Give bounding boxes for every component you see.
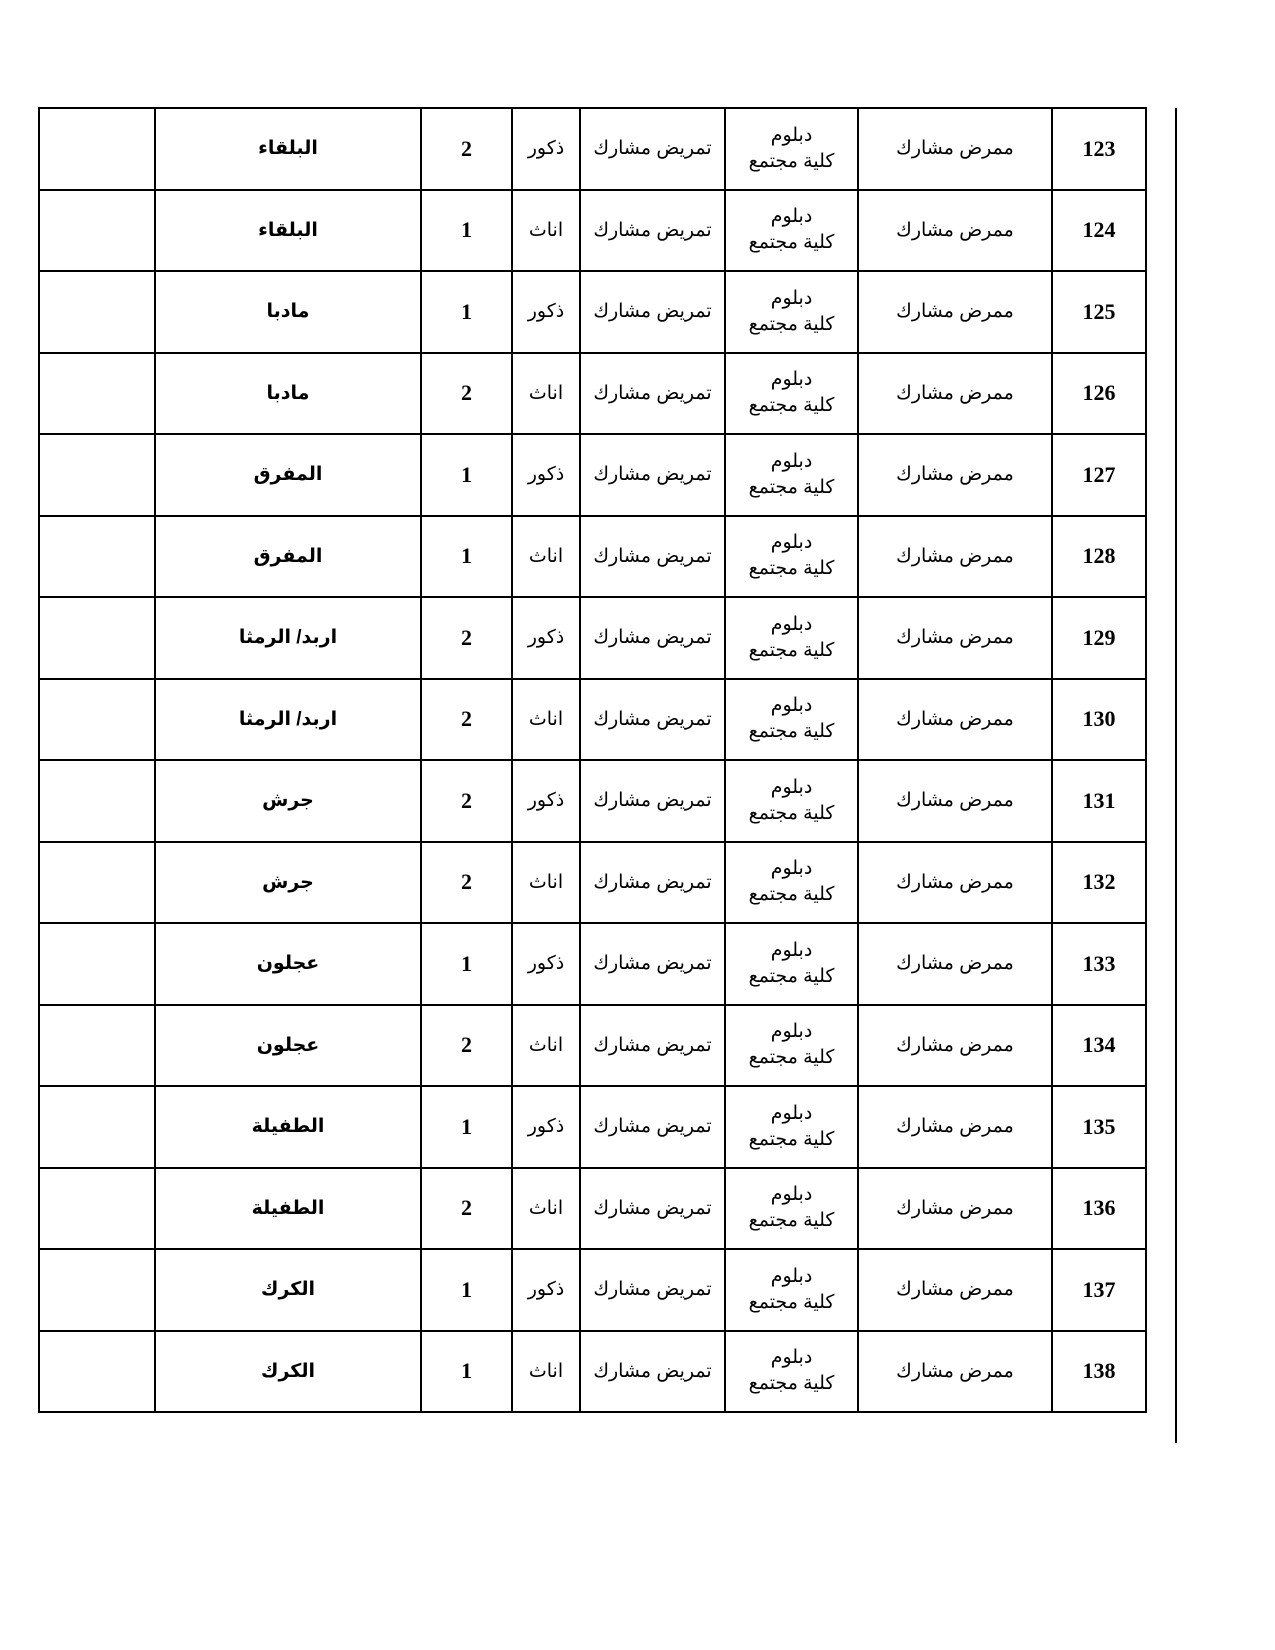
table-row: اربد/ الرمثا 2 اناث تمريض مشارك دبلوم كل… — [39, 679, 1146, 761]
qualification-cell: دبلوم كلية مجتمع — [725, 190, 858, 272]
job-title-cell: ممرض مشارك — [858, 923, 1052, 1005]
specialization-cell: تمريض مشارك — [580, 1249, 725, 1331]
job-title-cell: ممرض مشارك — [858, 271, 1052, 353]
qualification-cell: دبلوم كلية مجتمع — [725, 516, 858, 598]
region-cell: جرش — [155, 760, 421, 842]
gender-cell: ذكور — [512, 597, 580, 679]
gender-cell: اناث — [512, 679, 580, 761]
page-margin-rule — [1175, 108, 1177, 1443]
qualification-degree: دبلوم — [726, 856, 857, 882]
notes-cell — [39, 1168, 155, 1250]
serial-number-cell: 133 — [1052, 923, 1146, 1005]
specialization-cell: تمريض مشارك — [580, 108, 725, 190]
region-cell: الطفيلة — [155, 1168, 421, 1250]
qualification-degree: دبلوم — [726, 775, 857, 801]
count-cell: 2 — [421, 1168, 512, 1250]
job-title-cell: ممرض مشارك — [858, 760, 1052, 842]
qualification-cell: دبلوم كلية مجتمع — [725, 434, 858, 516]
job-title-cell: ممرض مشارك — [858, 190, 1052, 272]
serial-number-cell: 130 — [1052, 679, 1146, 761]
qualification-cell: دبلوم كلية مجتمع — [725, 1005, 858, 1087]
table-row: مادبا 1 ذكور تمريض مشارك دبلوم كلية مجتم… — [39, 271, 1146, 353]
serial-number-cell: 123 — [1052, 108, 1146, 190]
serial-number-cell: 132 — [1052, 842, 1146, 924]
count-cell: 1 — [421, 1086, 512, 1168]
count-cell: 2 — [421, 760, 512, 842]
table-row: الطفيلة 2 اناث تمريض مشارك دبلوم كلية مج… — [39, 1168, 1146, 1250]
qualification-degree: دبلوم — [726, 1345, 857, 1371]
job-title-cell: ممرض مشارك — [858, 516, 1052, 598]
notes-cell — [39, 1331, 155, 1413]
count-cell: 1 — [421, 1249, 512, 1331]
qualification-institution: كلية مجتمع — [726, 393, 857, 419]
gender-cell: اناث — [512, 190, 580, 272]
specialization-cell: تمريض مشارك — [580, 1168, 725, 1250]
job-title-cell: ممرض مشارك — [858, 842, 1052, 924]
qualification-institution: كلية مجتمع — [726, 964, 857, 990]
qualification-institution: كلية مجتمع — [726, 230, 857, 256]
table-row: جرش 2 اناث تمريض مشارك دبلوم كلية مجتمع … — [39, 842, 1146, 924]
qualification-cell: دبلوم كلية مجتمع — [725, 842, 858, 924]
qualification-degree: دبلوم — [726, 367, 857, 393]
notes-cell — [39, 679, 155, 761]
specialization-cell: تمريض مشارك — [580, 1005, 725, 1087]
serial-number-cell: 131 — [1052, 760, 1146, 842]
gender-cell: اناث — [512, 842, 580, 924]
qualification-institution: كلية مجتمع — [726, 1208, 857, 1234]
qualification-institution: كلية مجتمع — [726, 149, 857, 175]
qualification-cell: دبلوم كلية مجتمع — [725, 923, 858, 1005]
qualification-degree: دبلوم — [726, 1264, 857, 1290]
qualification-institution: كلية مجتمع — [726, 719, 857, 745]
region-cell: المفرق — [155, 434, 421, 516]
region-cell: الكرك — [155, 1331, 421, 1413]
region-cell: الكرك — [155, 1249, 421, 1331]
serial-number-cell: 129 — [1052, 597, 1146, 679]
count-cell: 2 — [421, 842, 512, 924]
job-title-cell: ممرض مشارك — [858, 108, 1052, 190]
notes-cell — [39, 842, 155, 924]
specialization-cell: تمريض مشارك — [580, 923, 725, 1005]
serial-number-cell: 134 — [1052, 1005, 1146, 1087]
qualification-cell: دبلوم كلية مجتمع — [725, 597, 858, 679]
qualification-cell: دبلوم كلية مجتمع — [725, 679, 858, 761]
notes-cell — [39, 1249, 155, 1331]
specialization-cell: تمريض مشارك — [580, 271, 725, 353]
qualification-cell: دبلوم كلية مجتمع — [725, 353, 858, 435]
gender-cell: اناث — [512, 516, 580, 598]
qualification-degree: دبلوم — [726, 123, 857, 149]
table-row: الطفيلة 1 ذكور تمريض مشارك دبلوم كلية مج… — [39, 1086, 1146, 1168]
count-cell: 2 — [421, 108, 512, 190]
gender-cell: اناث — [512, 1168, 580, 1250]
job-title-cell: ممرض مشارك — [858, 434, 1052, 516]
job-title-cell: ممرض مشارك — [858, 597, 1052, 679]
notes-cell — [39, 923, 155, 1005]
count-cell: 1 — [421, 516, 512, 598]
specialization-cell: تمريض مشارك — [580, 679, 725, 761]
count-cell: 1 — [421, 271, 512, 353]
notes-cell — [39, 108, 155, 190]
table-row: اربد/ الرمثا 2 ذكور تمريض مشارك دبلوم كل… — [39, 597, 1146, 679]
qualification-degree: دبلوم — [726, 612, 857, 638]
specialization-cell: تمريض مشارك — [580, 353, 725, 435]
qualification-degree: دبلوم — [726, 1101, 857, 1127]
qualification-degree: دبلوم — [726, 530, 857, 556]
gender-cell: اناث — [512, 1005, 580, 1087]
qualification-degree: دبلوم — [726, 204, 857, 230]
serial-number-cell: 125 — [1052, 271, 1146, 353]
count-cell: 2 — [421, 679, 512, 761]
table-row: عجلون 1 ذكور تمريض مشارك دبلوم كلية مجتم… — [39, 923, 1146, 1005]
serial-number-cell: 138 — [1052, 1331, 1146, 1413]
qualification-cell: دبلوم كلية مجتمع — [725, 1086, 858, 1168]
qualification-cell: دبلوم كلية مجتمع — [725, 760, 858, 842]
region-cell: عجلون — [155, 1005, 421, 1087]
job-title-cell: ممرض مشارك — [858, 1005, 1052, 1087]
notes-cell — [39, 516, 155, 598]
gender-cell: ذكور — [512, 271, 580, 353]
qualification-institution: كلية مجتمع — [726, 1371, 857, 1397]
qualification-degree: دبلوم — [726, 1182, 857, 1208]
qualification-institution: كلية مجتمع — [726, 1045, 857, 1071]
count-cell: 2 — [421, 353, 512, 435]
notes-cell — [39, 353, 155, 435]
serial-number-cell: 126 — [1052, 353, 1146, 435]
specialization-cell: تمريض مشارك — [580, 1086, 725, 1168]
serial-number-cell: 137 — [1052, 1249, 1146, 1331]
region-cell: البلقاء — [155, 108, 421, 190]
qualification-institution: كلية مجتمع — [726, 556, 857, 582]
qualification-institution: كلية مجتمع — [726, 882, 857, 908]
table-row: عجلون 2 اناث تمريض مشارك دبلوم كلية مجتم… — [39, 1005, 1146, 1087]
table-row: مادبا 2 اناث تمريض مشارك دبلوم كلية مجتم… — [39, 353, 1146, 435]
region-cell: جرش — [155, 842, 421, 924]
specialization-cell: تمريض مشارك — [580, 760, 725, 842]
specialization-cell: تمريض مشارك — [580, 190, 725, 272]
notes-cell — [39, 760, 155, 842]
qualification-cell: دبلوم كلية مجتمع — [725, 271, 858, 353]
gender-cell: ذكور — [512, 434, 580, 516]
specialization-cell: تمريض مشارك — [580, 597, 725, 679]
qualification-cell: دبلوم كلية مجتمع — [725, 1168, 858, 1250]
qualification-institution: كلية مجتمع — [726, 638, 857, 664]
table-body: البلقاء 2 ذكور تمريض مشارك دبلوم كلية مج… — [39, 108, 1146, 1412]
table-row: البلقاء 2 ذكور تمريض مشارك دبلوم كلية مج… — [39, 108, 1146, 190]
qualification-cell: دبلوم كلية مجتمع — [725, 108, 858, 190]
serial-number-cell: 136 — [1052, 1168, 1146, 1250]
serial-number-cell: 124 — [1052, 190, 1146, 272]
notes-cell — [39, 434, 155, 516]
notes-cell — [39, 1086, 155, 1168]
gender-cell: ذكور — [512, 108, 580, 190]
specialization-cell: تمريض مشارك — [580, 842, 725, 924]
table-row: الكرك 1 اناث تمريض مشارك دبلوم كلية مجتم… — [39, 1331, 1146, 1413]
gender-cell: ذكور — [512, 760, 580, 842]
table-row: الكرك 1 ذكور تمريض مشارك دبلوم كلية مجتم… — [39, 1249, 1146, 1331]
count-cell: 2 — [421, 1005, 512, 1087]
table-row: المفرق 1 اناث تمريض مشارك دبلوم كلية مجت… — [39, 516, 1146, 598]
table-row: البلقاء 1 اناث تمريض مشارك دبلوم كلية مج… — [39, 190, 1146, 272]
notes-cell — [39, 1005, 155, 1087]
region-cell: عجلون — [155, 923, 421, 1005]
qualification-degree: دبلوم — [726, 938, 857, 964]
qualification-institution: كلية مجتمع — [726, 801, 857, 827]
qualification-degree: دبلوم — [726, 286, 857, 312]
table-row: جرش 2 ذكور تمريض مشارك دبلوم كلية مجتمع … — [39, 760, 1146, 842]
gender-cell: ذكور — [512, 1249, 580, 1331]
job-title-cell: ممرض مشارك — [858, 1086, 1052, 1168]
job-title-cell: ممرض مشارك — [858, 1331, 1052, 1413]
qualification-degree: دبلوم — [726, 449, 857, 475]
qualification-cell: دبلوم كلية مجتمع — [725, 1331, 858, 1413]
serial-number-cell: 128 — [1052, 516, 1146, 598]
notes-cell — [39, 190, 155, 272]
region-cell: المفرق — [155, 516, 421, 598]
qualification-institution: كلية مجتمع — [726, 1127, 857, 1153]
job-title-cell: ممرض مشارك — [858, 679, 1052, 761]
notes-cell — [39, 271, 155, 353]
qualification-degree: دبلوم — [726, 1019, 857, 1045]
specialization-cell: تمريض مشارك — [580, 516, 725, 598]
count-cell: 1 — [421, 434, 512, 516]
specialization-cell: تمريض مشارك — [580, 434, 725, 516]
vacancies-table: البلقاء 2 ذكور تمريض مشارك دبلوم كلية مج… — [38, 107, 1147, 1413]
gender-cell: ذكور — [512, 1086, 580, 1168]
count-cell: 1 — [421, 190, 512, 272]
gender-cell: ذكور — [512, 923, 580, 1005]
count-cell: 1 — [421, 1331, 512, 1413]
region-cell: مادبا — [155, 271, 421, 353]
region-cell: اربد/ الرمثا — [155, 679, 421, 761]
gender-cell: اناث — [512, 353, 580, 435]
region-cell: البلقاء — [155, 190, 421, 272]
qualification-institution: كلية مجتمع — [726, 312, 857, 338]
serial-number-cell: 127 — [1052, 434, 1146, 516]
region-cell: الطفيلة — [155, 1086, 421, 1168]
serial-number-cell: 135 — [1052, 1086, 1146, 1168]
specialization-cell: تمريض مشارك — [580, 1331, 725, 1413]
region-cell: اربد/ الرمثا — [155, 597, 421, 679]
notes-cell — [39, 597, 155, 679]
qualification-institution: كلية مجتمع — [726, 1290, 857, 1316]
job-title-cell: ممرض مشارك — [858, 1168, 1052, 1250]
qualification-institution: كلية مجتمع — [726, 475, 857, 501]
region-cell: مادبا — [155, 353, 421, 435]
job-title-cell: ممرض مشارك — [858, 353, 1052, 435]
gender-cell: اناث — [512, 1331, 580, 1413]
table-row: المفرق 1 ذكور تمريض مشارك دبلوم كلية مجت… — [39, 434, 1146, 516]
job-title-cell: ممرض مشارك — [858, 1249, 1052, 1331]
count-cell: 1 — [421, 923, 512, 1005]
count-cell: 2 — [421, 597, 512, 679]
qualification-degree: دبلوم — [726, 693, 857, 719]
qualification-cell: دبلوم كلية مجتمع — [725, 1249, 858, 1331]
